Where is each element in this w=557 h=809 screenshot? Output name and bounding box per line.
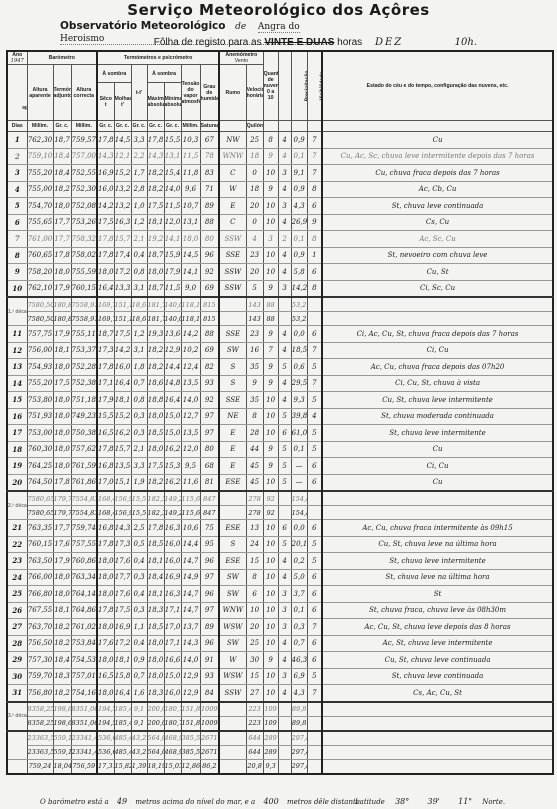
nuv-cell: 10 [263, 668, 278, 685]
sum-cell: 644 [246, 731, 263, 746]
corr-cell: 757,62 [71, 441, 97, 458]
prec-cell: 0,6 [291, 359, 307, 376]
mean-cell [307, 759, 322, 774]
rumo-cell: SW [219, 569, 246, 586]
alt-cell: 758,20 [27, 264, 53, 281]
diff-header: t-t' [131, 65, 147, 121]
tens-cell: 13,5 [181, 425, 200, 442]
remark-cell: Cu, St, chuva leve continuada [322, 652, 553, 669]
seco-cell: 16,4 [97, 280, 114, 297]
mar-cell: 4 [278, 375, 291, 392]
decade-sum-row: 7580,50180,87558,91169,7151,118,6181,714… [7, 312, 553, 326]
day-row: 26767,5518,1764,8617,817,50,318,317,114,… [7, 602, 553, 619]
diff-cell: 2,1 [131, 231, 147, 248]
sum-remark [322, 716, 553, 731]
corr-cell: 749,23 [71, 408, 97, 425]
vis-cell: 6 [307, 458, 322, 475]
max-cell: 18,0 [147, 635, 164, 652]
min-cell: 13,6 [164, 326, 181, 343]
seco-cell: 16,5 [97, 668, 114, 685]
max-cell: 18,8 [147, 392, 164, 409]
sum-cell: 15,5 [131, 506, 147, 520]
seco-cell: 16,5 [97, 425, 114, 442]
corr-cell: 761,02 [71, 619, 97, 636]
vis-cell: 1 [307, 247, 322, 264]
observatory-label: Observatório Meteorológico [60, 20, 225, 32]
sum-cell: 118,1 [181, 297, 200, 312]
sum-cell: 88 [263, 297, 278, 312]
sum-cell: 89,8 [291, 702, 307, 717]
tens-cell: 14,7 [181, 586, 200, 603]
mean-cell [219, 759, 246, 774]
barometer-note: O barómetro está a 49 metros acima do ní… [40, 797, 360, 806]
term-cell: 18,0 [53, 408, 71, 425]
diff-cell: 1,8 [131, 359, 147, 376]
rumo-cell: SSW [219, 231, 246, 248]
hum-cell: 80 [200, 231, 219, 248]
sum-remark [322, 491, 553, 506]
molh-cell: 15,1 [114, 474, 131, 491]
day-row: 28756,5018,2753,8417,617,20,418,017,114,… [7, 635, 553, 652]
seco-cell: 18,0 [97, 264, 114, 281]
min-cell: 17,9 [164, 264, 181, 281]
nuv-cell: 10 [263, 474, 278, 491]
prec-cell: 4,3 [291, 685, 307, 702]
nuv-cell: 9 [263, 148, 278, 165]
unit-cell [219, 121, 246, 132]
mar-cell: 4 [278, 392, 291, 409]
mean-cell: 15,03 [164, 759, 181, 774]
tens-cell: 14,4 [181, 536, 200, 553]
term-cell: 18,2 [53, 685, 71, 702]
unit-cell [307, 121, 322, 132]
hum-cell: 84 [200, 685, 219, 702]
diff-cell: 0,8 [131, 392, 147, 409]
hum-cell: 92 [200, 264, 219, 281]
sum-cell [307, 731, 322, 746]
molh-cell: 17,6 [114, 586, 131, 603]
hum-cell: 78 [200, 148, 219, 165]
sheet-hours: VINTE E DUAS [264, 37, 334, 48]
rumo-cell: ESE [219, 520, 246, 537]
min-cell: 16,0 [164, 536, 181, 553]
term-cell: 17,8 [53, 474, 71, 491]
hum-cell: 96 [200, 247, 219, 264]
mar-cell: 4 [278, 132, 291, 149]
remark-cell: Ac, Cu, St, chuva leve depois das 8 hora… [322, 619, 553, 636]
day-row: 31756,8018,2754,1618,016,41,618,316,012,… [7, 685, 553, 702]
sum-cell: 156,9 [114, 491, 131, 506]
rumo-cell: WNW [219, 602, 246, 619]
max-cell: 18,2 [147, 181, 164, 198]
vapor-header: Tensão do vapor atmosférico [181, 65, 200, 121]
nuv-cell: 10 [263, 520, 278, 537]
tens-cell: 13,5 [181, 375, 200, 392]
remark-cell: Cs, Cu [322, 214, 553, 231]
day-number: 3 [7, 165, 27, 182]
vel-cell: 0 [246, 214, 263, 231]
sum-cell: 847 [200, 506, 219, 520]
diff-cell: 0,9 [131, 652, 147, 669]
vel-cell: 0 [246, 165, 263, 182]
remark-cell: Ci, Cu, St, chuva à vista [322, 375, 553, 392]
day-number: 17 [7, 425, 27, 442]
max-cell: 17,5 [147, 458, 164, 475]
vel-cell: 9 [246, 375, 263, 392]
sum-cell [307, 506, 322, 520]
diff-cell: 0,3 [131, 408, 147, 425]
molh-cell: 15,2 [114, 408, 131, 425]
term-cell: 18,0 [53, 569, 71, 586]
sum-cell [307, 312, 322, 326]
units-row: DiasMillim.Gr. c.Millim.Gr. c.Gr. c.Gr. … [7, 121, 553, 132]
day-number: 13 [7, 359, 27, 376]
alt-cell: 756,50 [27, 635, 53, 652]
sum-cell: 200,0 [147, 716, 164, 731]
molh-cell: 16,3 [114, 214, 131, 231]
vel-cell: 18 [246, 181, 263, 198]
day-number: 29 [7, 652, 27, 669]
nuv-cell: 10 [263, 685, 278, 702]
seco-cell: 17,8 [97, 359, 114, 376]
rumo-cell: NE [219, 408, 246, 425]
hum-cell: 75 [200, 520, 219, 537]
vel-cell: 6 [246, 586, 263, 603]
sum-cell: 179,7 [53, 491, 71, 506]
term-cell: 17,9 [53, 326, 71, 343]
unit-cell: Gr. c. [97, 121, 114, 132]
diff-cell: 1,7 [131, 165, 147, 182]
corr-cell: 759,74 [71, 520, 97, 537]
sum-cell: 151,1 [114, 312, 131, 326]
sum-remark [322, 702, 553, 717]
remark-cell: St, chuva moderada continuada [322, 408, 553, 425]
vis-cell: 6 [307, 569, 322, 586]
sum-cell [219, 297, 246, 312]
day-number: 4 [7, 181, 27, 198]
alt-cell: 766,00 [27, 569, 53, 586]
mar-cell: 5 [278, 408, 291, 425]
sum-cell: 564,0 [147, 745, 164, 759]
rumo-cell: SSE [219, 392, 246, 409]
sum-cell: 23341,40 [71, 731, 97, 746]
alt-cell: 755,20 [27, 165, 53, 182]
remark-cell: St, chuva leve intermitente [322, 553, 553, 570]
mar-cell: 6 [278, 425, 291, 442]
rumo-cell: SSE [219, 247, 246, 264]
hum-cell: 93 [200, 668, 219, 685]
seco-cell: 17,8 [97, 231, 114, 248]
molh-cell: 13,5 [114, 458, 131, 475]
sum-cell: 194,5 [97, 702, 114, 717]
decade-sum-row: 8358,25198,68351,06194,5185,49,1200,0180… [7, 716, 553, 731]
max-cell: 18,0 [147, 668, 164, 685]
seco-cell: 17,6 [97, 635, 114, 652]
visibility-header: Visibilidade [307, 51, 322, 121]
sum-cell: 9,1 [131, 702, 147, 717]
nuv-cell: 10 [263, 602, 278, 619]
diff-cell: 2,5 [131, 520, 147, 537]
hum-cell: 81 [200, 474, 219, 491]
sum-cell: 180,8 [53, 312, 71, 326]
day-number: 2 [7, 148, 27, 165]
min-cell: 16,2 [164, 441, 181, 458]
alt-cell: 764,50 [27, 474, 53, 491]
min-header: Mínima absoluta [164, 83, 181, 121]
alt-cell: 755,20 [27, 375, 53, 392]
prec-cell: 14,2 [291, 280, 307, 297]
max-header: Máxima absoluta [147, 83, 164, 121]
diff-cell: 0,3 [131, 425, 147, 442]
corr-cell: 753,37 [71, 342, 97, 359]
vis-cell: 6 [307, 520, 322, 537]
max-cell: 18,0 [147, 408, 164, 425]
decade-label: 3.ª década [7, 702, 27, 731]
diff-cell: 2,2 [131, 148, 147, 165]
mean-cell: 1,39 [131, 759, 147, 774]
rumo-cell: E [219, 198, 246, 215]
diff-cell: 3,3 [131, 458, 147, 475]
rumo-cell: NW [219, 132, 246, 149]
sum-cell: 149,2 [164, 506, 181, 520]
sum-cell: 140,0 [164, 297, 181, 312]
alt-cell: 762,10 [27, 280, 53, 297]
mar-cell: 4 [278, 553, 291, 570]
alt-cell: 759,10 [27, 148, 53, 165]
rumo-cell: SSE [219, 326, 246, 343]
nuv-cell: 9 [263, 441, 278, 458]
max-cell: 17,5 [147, 198, 164, 215]
sum-cell: 143 [246, 297, 263, 312]
tens-cell: 14,1 [181, 264, 200, 281]
vis-cell: 5 [307, 359, 322, 376]
corr-cell: 751,18 [71, 392, 97, 409]
sum-cell: 140,0 [164, 312, 181, 326]
sum-cell: 169,7 [97, 312, 114, 326]
seco-cell: 17,1 [97, 375, 114, 392]
mean-cell: 759,24 [27, 759, 53, 774]
wet-header: Molhado t' [114, 83, 131, 121]
day-row: 11757,7517,9755,1118,717,51,219,313,614,… [7, 326, 553, 343]
prec-cell: 9,1 [291, 165, 307, 182]
seco-cell: 17,8 [97, 247, 114, 264]
alt-cell: 764,25 [27, 458, 53, 475]
prec-cell: 0,0 [291, 326, 307, 343]
tens-cell: 10,7 [181, 198, 200, 215]
mar-cell: 5 [278, 474, 291, 491]
vel-cell: 5 [246, 280, 263, 297]
rumo-cell: WSW [219, 619, 246, 636]
sum-cell: 468,9 [164, 745, 181, 759]
nuv-cell: 10 [263, 165, 278, 182]
corr-cell: 764,14 [71, 586, 97, 603]
prec-cell: 29,5 [291, 375, 307, 392]
mar-cell: 4 [278, 635, 291, 652]
max-cell: 17,8 [147, 520, 164, 537]
sum-cell: 151,1 [114, 297, 131, 312]
molh-cell: 13,3 [114, 280, 131, 297]
sum-cell: 151,8 [181, 702, 200, 717]
decade-label [7, 731, 27, 760]
sum-cell: 815 [200, 312, 219, 326]
molh-cell: 14,2 [114, 342, 131, 359]
sum-cell: 182,3 [147, 506, 164, 520]
alt-cell: 754,93 [27, 359, 53, 376]
mar-cell: 3 [278, 280, 291, 297]
max-cell: 18,0 [147, 264, 164, 281]
rumo-cell: E [219, 458, 246, 475]
corr-cell: 764,86 [71, 602, 97, 619]
alt-cell: 761,00 [27, 231, 53, 248]
sum-cell: 181,7 [147, 297, 164, 312]
max-cell: 18,7 [147, 280, 164, 297]
sum-cell: 7580,50 [27, 312, 53, 326]
sum-cell: 18,6 [131, 297, 147, 312]
max-cell: 18,1 [147, 586, 164, 603]
hum-cell: 67 [200, 132, 219, 149]
sum-cell [307, 297, 322, 312]
max-cell: 18,1 [147, 553, 164, 570]
sum-cell: 564,0 [147, 731, 164, 746]
hum-cell: 89 [200, 619, 219, 636]
nuv-cell: 10 [263, 635, 278, 652]
unit-cell: Gr. c. [131, 121, 147, 132]
sum-cell: 43,2 [131, 745, 147, 759]
sum-cell: 43,2 [131, 731, 147, 746]
day-number: 15 [7, 392, 27, 409]
sum-cell: 18,6 [131, 312, 147, 326]
vis-cell: 5 [307, 553, 322, 570]
rumo-cell: ESE [219, 553, 246, 570]
hum-cell: 96 [200, 586, 219, 603]
sheet-title: Serviço Meteorológico dos Açôres [0, 1, 557, 19]
vel-cell: 20 [246, 198, 263, 215]
vis-cell: 8 [307, 280, 322, 297]
molh-cell: 17,2 [114, 635, 131, 652]
seco-cell: 18,0 [97, 619, 114, 636]
diff-cell: 0,4 [131, 586, 147, 603]
rumo-cell: W [219, 652, 246, 669]
decade-sum-row: 2.ª década7580,65179,77554,83168,4156,91… [7, 491, 553, 506]
max-cell: 18,0 [147, 652, 164, 669]
anemometer-header: AnemómetroVento [219, 51, 263, 65]
year-header: Ano 1947 [7, 51, 27, 65]
diff-cell: 1,2 [131, 214, 147, 231]
min-cell: 17,0 [164, 619, 181, 636]
sum-cell [278, 491, 291, 506]
altura-correcta-header: Altura correcta [71, 65, 97, 121]
term-cell: 17,6 [53, 536, 71, 553]
mar-cell: 3 [278, 198, 291, 215]
molh-cell: 13,2 [114, 181, 131, 198]
remark-cell: Ac, Cu, chuva fraca depois das 07h20 [322, 359, 553, 376]
remark-cell: Ac, Cu, chuva fraca intermitente às 09h1… [322, 520, 553, 537]
seco-cell: 16,9 [97, 165, 114, 182]
tens-cell: 14,0 [181, 392, 200, 409]
day-row: 17753,0018,0750,3816,516,20,318,515,013,… [7, 425, 553, 442]
nuv-cell: 10 [263, 569, 278, 586]
diff-cell: 0,4 [131, 553, 147, 570]
day-number: 8 [7, 247, 27, 264]
day-row: 19764,2518,0761,5916,813,53,317,515,39,5… [7, 458, 553, 475]
mar-cell: 3 [278, 619, 291, 636]
remark-cell: Cu [322, 441, 553, 458]
diff-cell: 3,1 [131, 280, 147, 297]
prec-cell: 4,3 [291, 198, 307, 215]
min-cell: 11,5 [164, 198, 181, 215]
vel-cell: 35 [246, 392, 263, 409]
corr-cell: 755,59 [71, 264, 97, 281]
sum-cell: 88 [263, 312, 278, 326]
sum-remark [322, 312, 553, 326]
sum-cell: 198,6 [53, 702, 71, 717]
day-row: 15753,8018,0751,1817,918,10,818,816,414,… [7, 392, 553, 409]
prec-cell: 20,1 [291, 536, 307, 553]
rumo-cell: SW [219, 635, 246, 652]
prec-cell: 0,2 [291, 553, 307, 570]
day-row: 23763,5017,9760,8618,017,60,418,116,014,… [7, 553, 553, 570]
hum-cell: 97 [200, 569, 219, 586]
alt-cell: 760,15 [27, 536, 53, 553]
sum-cell: 847 [200, 491, 219, 506]
diff-cell: 0,7 [131, 668, 147, 685]
day-row: 22760,1517,6757,5517,817,30,518,516,014,… [7, 536, 553, 553]
molh-cell: 17,3 [114, 536, 131, 553]
latitude-minutes: 39' [427, 797, 439, 806]
nuv-cell: 10 [263, 392, 278, 409]
remark-cell: St, chuva leve continuada [322, 198, 553, 215]
sum-cell: 297,8 [291, 745, 307, 759]
vis-cell: 5 [307, 441, 322, 458]
register-body: 1762,3018,7759,5717,814,53,317,815,510,3… [7, 132, 553, 774]
rumo-cell: SW [219, 586, 246, 603]
corr-cell: 752,55 [71, 165, 97, 182]
day-number: 14 [7, 375, 27, 392]
sum-cell: 644 [246, 745, 263, 759]
prec-cell: 0,1 [291, 231, 307, 248]
corr-cell: 757,01 [71, 668, 97, 685]
day-row: 24766,0018,0763,3418,017,70,318,416,914,… [7, 569, 553, 586]
term-cell: 18,3 [53, 668, 71, 685]
sky-state-header: Estado do céu e do tempo, configuração d… [322, 51, 553, 121]
seco-cell: 18,0 [97, 586, 114, 603]
molh-cell: 16,0 [114, 359, 131, 376]
mean-remark [322, 759, 553, 774]
remark-cell: St, chuva leve continuada [322, 668, 553, 685]
term-cell: 18,0 [53, 198, 71, 215]
min-cell: 16,4 [164, 392, 181, 409]
vel-cell: 20 [246, 264, 263, 281]
molh-cell: 17,5 [114, 602, 131, 619]
max-cell: 18,7 [147, 247, 164, 264]
day-row: 16751,9318,0749,2315,515,20,318,015,012,… [7, 408, 553, 425]
vel-cell: 44 [246, 441, 263, 458]
nuv-cell: 10 [263, 536, 278, 553]
nuv-cell: 10 [263, 619, 278, 636]
prec-cell: 9,3 [291, 392, 307, 409]
prec-cell: 0,1 [291, 602, 307, 619]
seco-cell: 15,5 [97, 408, 114, 425]
tens-cell: 14,7 [181, 553, 200, 570]
corr-cell: 755,11 [71, 326, 97, 343]
term-cell: 17,9 [53, 553, 71, 570]
day-row: 29757,3018,4754,5318,018,10,918,016,614,… [7, 652, 553, 669]
alt-cell: 762,30 [27, 132, 53, 149]
vis-cell: 6 [307, 652, 322, 669]
sum-cell: 278 [246, 506, 263, 520]
sum-cell: 7554,83 [71, 491, 97, 506]
sum-cell: 7580,50 [27, 297, 53, 312]
